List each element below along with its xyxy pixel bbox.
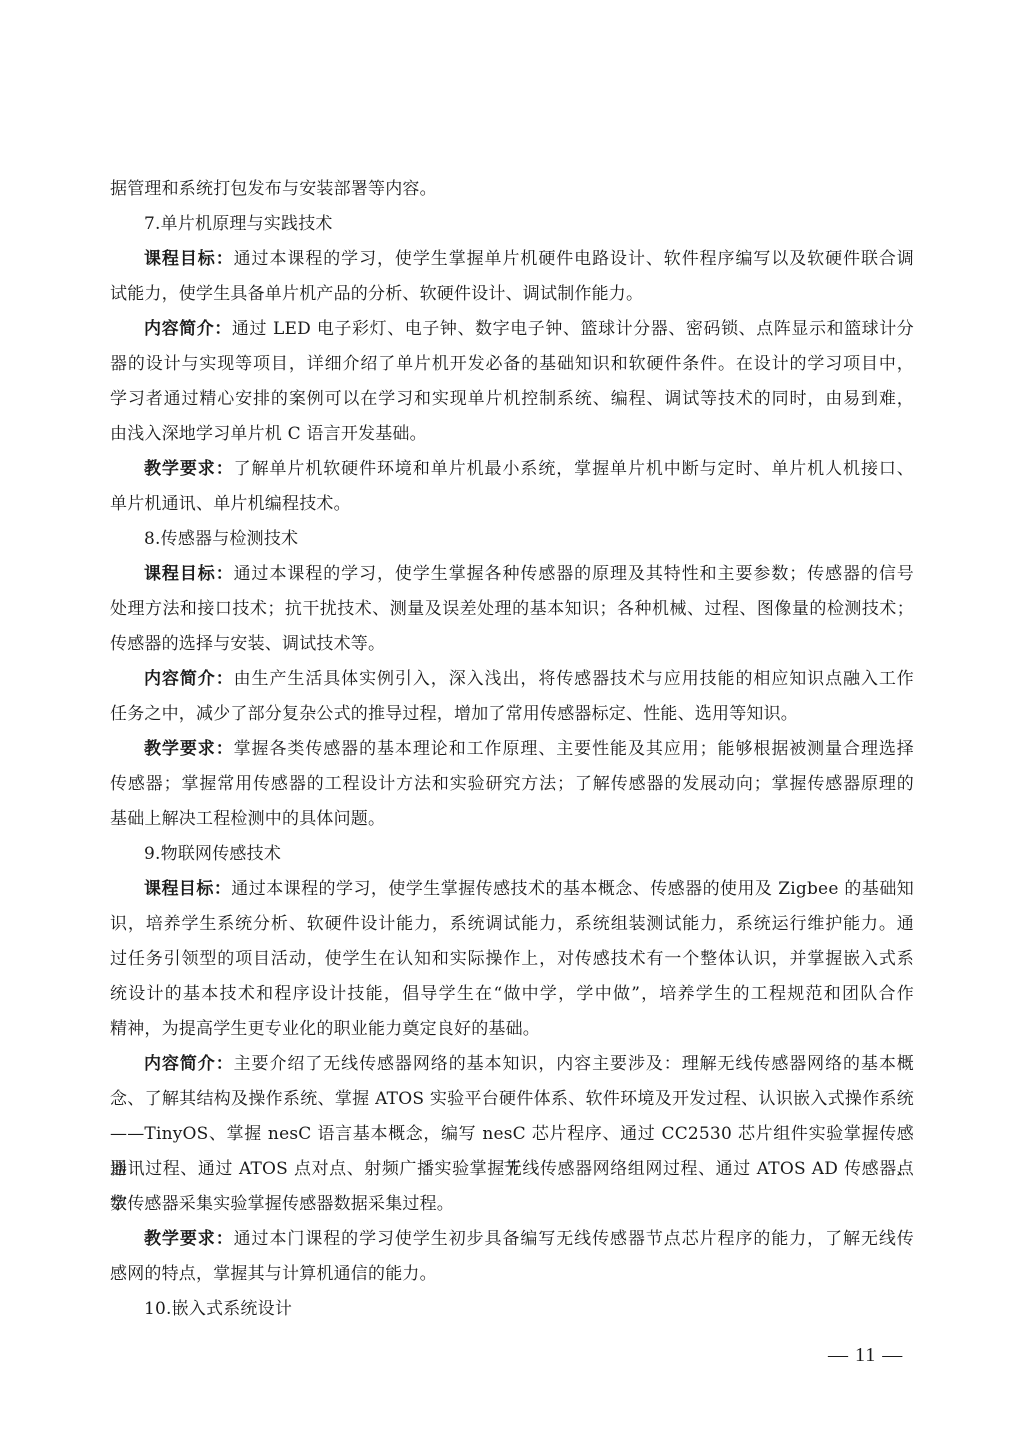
line-text: 任务之中，减少了部分复杂公式的推导过程，增加了常用传感器标定、性能、选用等知识。 <box>110 704 798 724</box>
line-text: 10.嵌入式系统设计 <box>144 1299 292 1319</box>
line-text: 8.传感器与检测技术 <box>144 529 298 549</box>
line-text: 通过本课程的学习，使学生掌握单片机硬件电路设计、软件程序编写以及软硬件联合调 <box>234 249 914 269</box>
paragraph-line: 课程目标：通过本课程的学习，使学生掌握各种传感器的原理及其特性和主要参数；传感器… <box>110 557 914 592</box>
paragraph-line: 单片机通讯、单片机编程技术。 <box>110 487 914 522</box>
paragraph-line: 精神，为提高学生更专业化的职业能力奠定良好的基础。 <box>110 1012 914 1047</box>
field-label: 内容简介： <box>144 1054 234 1074</box>
line-text: 感网的特点，掌握其与计算机通信的能力。 <box>110 1264 437 1284</box>
line-text: 据管理和系统打包发布与安装部署等内容。 <box>110 179 437 199</box>
line-text: 主要介绍了无线传感器网络的基本知识，内容主要涉及：理解无线传感器网络的基本概 <box>234 1054 914 1074</box>
line-text: 7.单片机原理与实践技术 <box>144 214 333 234</box>
paragraph-line: 传感器的选择与安装、调试技术等。 <box>110 627 914 662</box>
paragraph-line: 念、了解其结构及操作系统、掌握 ATOS 实验平台硬件体系、软件环境及开发过程、… <box>110 1082 914 1117</box>
paragraph-line: 处理方法和接口技术；抗干扰技术、测量及误差处理的基本知识；各种机械、过程、图像量… <box>110 592 914 627</box>
field-label: 内容简介： <box>144 669 234 689</box>
line-text: 由生产生活具体实例引入，深入浅出，将传感器技术与应用技能的相应知识点融入工作 <box>234 669 914 689</box>
line-text: 统设计的基本技术和程序设计技能，倡导学生在“做中学，学中做”，培养学生的工程规范… <box>110 984 914 1004</box>
paragraph-line: 传感器；掌握常用传感器的工程设计方法和实验研究方法；了解传感器的发展动向；掌握传… <box>110 767 914 802</box>
section-heading: 7.单片机原理与实践技术 <box>110 207 914 242</box>
line-text: 器的设计与实现等项目，详细介绍了单片机开发必备的基础知识和软硬件条件。在设计的学… <box>110 354 914 374</box>
line-text: 过任务引领型的项目活动，使学生在认知和实际操作上，对传感技术有一个整体认识，并掌… <box>110 949 914 969</box>
paragraph-line: 识，培养学生系统分析、软硬件设计能力，系统调试能力，系统组装测试能力，系统运行维… <box>110 907 914 942</box>
line-text: 处理方法和接口技术；抗干扰技术、测量及误差处理的基本知识；各种机械、过程、图像量… <box>110 599 914 619</box>
line-text: 由浅入深地学习单片机 C 语言开发基础。 <box>110 424 427 444</box>
line-text: 了解单片机软硬件环境和单片机最小系统，掌握单片机中断与定时、单片机人机接口、 <box>234 459 914 479</box>
section-heading: 10.嵌入式系统设计 <box>110 1292 914 1327</box>
field-label: 教学要求： <box>144 459 234 479</box>
line-text: 掌握各类传感器的基本理论和工作原理、主要性能及其应用；能够根据被测量合理选择 <box>234 739 914 759</box>
paragraph-line: 教学要求：掌握各类传感器的基本理论和工作原理、主要性能及其应用；能够根据被测量合… <box>110 732 914 767</box>
paragraph-line: 器的设计与实现等项目，详细介绍了单片机开发必备的基础知识和软硬件条件。在设计的学… <box>110 347 914 382</box>
line-text: 传感器；掌握常用传感器的工程设计方法和实验研究方法；了解传感器的发展动向；掌握传… <box>110 774 914 794</box>
paragraph-line: 据管理和系统打包发布与安装部署等内容。 <box>110 172 914 207</box>
paragraph-line: 任务之中，减少了部分复杂公式的推导过程，增加了常用传感器标定、性能、选用等知识。 <box>110 697 914 732</box>
field-label: 教学要求： <box>144 1229 234 1249</box>
field-label: 教学要求： <box>144 739 234 759</box>
page-number: — 11 — <box>828 1340 903 1370</box>
line-text: 识，培养学生系统分析、软硬件设计能力，系统调试能力，系统组装测试能力，系统运行维… <box>110 914 914 934</box>
line-text: 通过 LED 电子彩灯、电子钟、数字电子钟、篮球计分器、密码锁、点阵显示和篮球计… <box>232 319 914 339</box>
line-text: 单片机通讯、单片机编程技术。 <box>110 494 351 514</box>
paragraph-line: 学习者通过精心安排的案例可以在学习和实现单片机控制系统、编程、调试等技术的同时，… <box>110 382 914 417</box>
paragraph-line: 内容简介：由生产生活具体实例引入，深入浅出，将传感器技术与应用技能的相应知识点融… <box>110 662 914 697</box>
text-lines: 据管理和系统打包发布与安装部署等内容。7.单片机原理与实践技术课程目标：通过本课… <box>110 172 914 1327</box>
paragraph-line: 通讯过程、通过 ATOS 点对点、射频广播实验掌握无线传感器网络组网过程、通过 … <box>110 1152 914 1187</box>
paragraph-line: 统设计的基本技术和程序设计技能，倡导学生在“做中学，学中做”，培养学生的工程规范… <box>110 977 914 1012</box>
paragraph-line: 课程目标：通过本课程的学习，使学生掌握单片机硬件电路设计、软件程序编写以及软硬件… <box>110 242 914 277</box>
line-text: 基础上解决工程检测中的具体问题。 <box>110 809 385 829</box>
line-text: 通过本课程的学习，使学生掌握传感技术的基本概念、传感器的使用及 Zigbee 的… <box>231 879 914 899</box>
paragraph-line: 课程目标：通过本课程的学习，使学生掌握传感技术的基本概念、传感器的使用及 Zig… <box>110 872 914 907</box>
section-heading: 9.物联网传感技术 <box>110 837 914 872</box>
section-heading: 8.传感器与检测技术 <box>110 522 914 557</box>
line-text: 精神，为提高学生更专业化的职业能力奠定良好的基础。 <box>110 1019 540 1039</box>
paragraph-line: 教学要求：通过本门课程的学习使学生初步具备编写无线传感器节点芯片程序的能力，了解… <box>110 1222 914 1257</box>
line-text: 9.物联网传感技术 <box>144 844 281 864</box>
paragraph-line: 过任务引领型的项目活动，使学生在认知和实际操作上，对传感技术有一个整体认识，并掌… <box>110 942 914 977</box>
line-text: 试能力，使学生具备单片机产品的分析、软硬件设计、调试制作能力。 <box>110 284 643 304</box>
line-text: 念、了解其结构及操作系统、掌握 ATOS 实验平台硬件体系、软件环境及开发过程、… <box>110 1089 914 1109</box>
paragraph-line: 字传感器采集实验掌握传感器数据采集过程。 <box>110 1187 914 1222</box>
field-label: 课程目标： <box>144 564 234 584</box>
paragraph-line: 试能力，使学生具备单片机产品的分析、软硬件设计、调试制作能力。 <box>110 277 914 312</box>
line-text: 通过本课程的学习，使学生掌握各种传感器的原理及其特性和主要参数；传感器的信号 <box>234 564 914 584</box>
paragraph-line: 基础上解决工程检测中的具体问题。 <box>110 802 914 837</box>
line-text: 通过本门课程的学习使学生初步具备编写无线传感器节点芯片程序的能力，了解无线传 <box>234 1229 914 1249</box>
paragraph-line: 由浅入深地学习单片机 C 语言开发基础。 <box>110 417 914 452</box>
line-text: 学习者通过精心安排的案例可以在学习和实现单片机控制系统、编程、调试等技术的同时，… <box>110 389 914 409</box>
paragraph-line: ——TinyOS、掌握 nesC 语言基本概念，编写 nesC 芯片程序、通过 … <box>110 1117 914 1152</box>
paragraph-line: 内容简介：通过 LED 电子彩灯、电子钟、数字电子钟、篮球计分器、密码锁、点阵显… <box>110 312 914 347</box>
paragraph-line: 内容简介：主要介绍了无线传感器网络的基本知识，内容主要涉及：理解无线传感器网络的… <box>110 1047 914 1082</box>
document-body: 据管理和系统打包发布与安装部署等内容。7.单片机原理与实践技术课程目标：通过本课… <box>110 172 914 1327</box>
line-text: 传感器的选择与安装、调试技术等。 <box>110 634 385 654</box>
field-label: 课程目标： <box>144 249 234 269</box>
field-label: 内容简介： <box>144 319 232 339</box>
paragraph-line: 教学要求：了解单片机软硬件环境和单片机最小系统，掌握单片机中断与定时、单片机人机… <box>110 452 914 487</box>
paragraph-line: 感网的特点，掌握其与计算机通信的能力。 <box>110 1257 914 1292</box>
field-label: 课程目标： <box>144 879 231 899</box>
line-text: 字传感器采集实验掌握传感器数据采集过程。 <box>110 1194 454 1214</box>
